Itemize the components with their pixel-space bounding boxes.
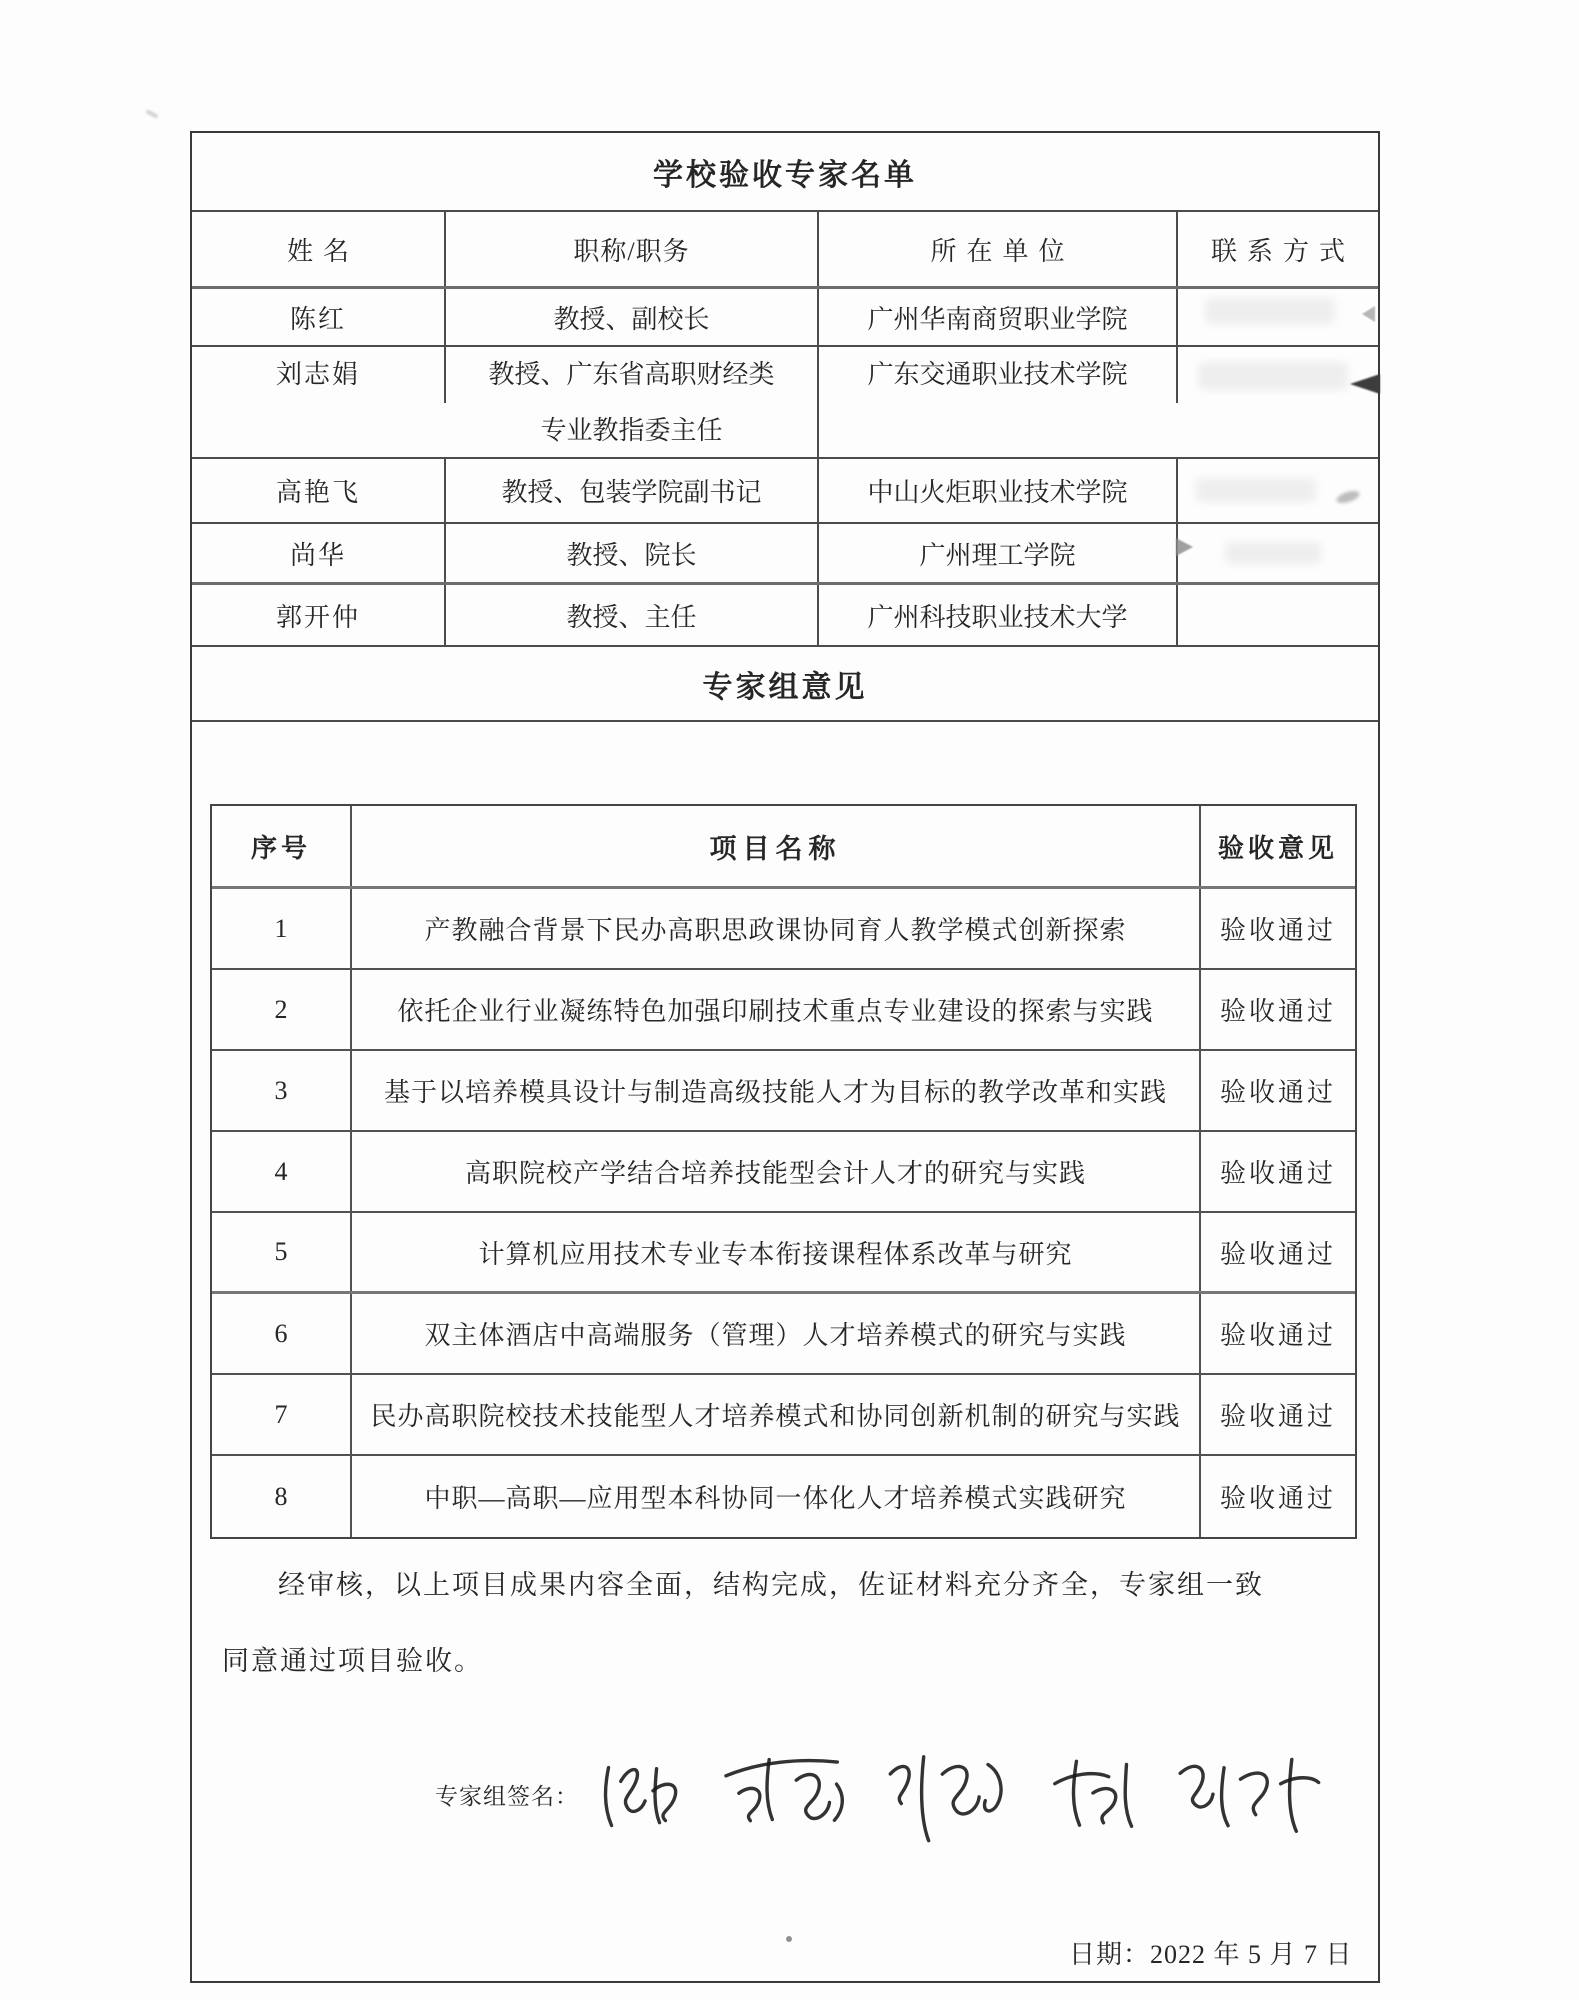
- project-name: 民办高职院校技术技能型人才培养模式和协同创新机制的研究与实践: [352, 1375, 1201, 1454]
- expert-title: 教授、院长: [446, 524, 819, 582]
- expert-contact: [1178, 585, 1378, 645]
- project-no: 1: [212, 889, 352, 968]
- project-name: 中职—高职—应用型本科协同一体化人才培养模式实践研究: [352, 1456, 1201, 1537]
- signature-shang-hua-icon: [1042, 1746, 1144, 1843]
- expert-unit: 广州理工学院: [819, 524, 1178, 582]
- project-row: 7 民办高职院校技术技能型人才培养模式和协同创新机制的研究与实践 验收通过: [212, 1375, 1355, 1456]
- expert-unit: 中山火炬职业技术学院: [819, 459, 1178, 522]
- project-opinion: 验收通过: [1201, 1213, 1355, 1291]
- project-name: 基于以培养模具设计与制造高级技能人才为目标的教学改革和实践: [352, 1051, 1201, 1130]
- expert-title: 教授、广东省高职财经类 专业教指委主任: [446, 347, 819, 459]
- project-row: 1 产教融合背景下民办高职思政课协同育人教学模式创新探索 验收通过: [212, 889, 1355, 970]
- opinion-band-row: 专家组意见: [192, 647, 1378, 722]
- expert-row: 高艳飞 教授、包装学院副书记 中山火炬职业技术学院: [192, 459, 1378, 524]
- expert-name: 郭开仲: [192, 585, 446, 645]
- col-header-unit: 所在单位: [819, 212, 1178, 286]
- project-row: 2 依托企业行业凝练特色加强印刷技术重点专业建设的探索与实践 验收通过: [212, 970, 1355, 1051]
- col-header-title: 职称/职务: [446, 212, 819, 286]
- expert-unit: 广东交通职业技术学院: [819, 347, 1178, 403]
- project-row: 3 基于以培养模具设计与制造高级技能人才为目标的教学改革和实践 验收通过: [212, 1051, 1355, 1132]
- project-row: 6 双主体酒店中高端服务（管理）人才培养模式的研究与实践 验收通过: [212, 1294, 1355, 1375]
- conclusion-line: 同意通过项目验收。: [222, 1623, 1367, 1699]
- conclusion-paragraph: 经审核，以上项目成果内容全面，结构完成，佐证材料充分齐全，专家组一致 同意通过项…: [222, 1547, 1367, 1699]
- col-header-opinion: 验收意见: [1201, 806, 1355, 886]
- col-header-project: 项目名称: [352, 806, 1201, 886]
- project-opinion: 验收通过: [1201, 1294, 1355, 1373]
- expert-unit: 广州科技职业技术大学: [819, 585, 1178, 645]
- expert-name: 陈红: [192, 289, 446, 345]
- opinion-band-title: 专家组意见: [703, 662, 868, 706]
- expert-row: 郭开仲 教授、主任 广州科技职业技术大学: [192, 585, 1378, 647]
- expert-name: 尚华: [192, 524, 446, 582]
- expert-row: 尚华 教授、院长 广州理工学院: [192, 524, 1378, 585]
- signature-guo-kaizhong-icon: [1167, 1744, 1325, 1844]
- scanned-document-page: 学校验收专家名单 姓名 职称/职务 所在单位 联系方式 陈红 教授、副校长 广州…: [0, 0, 1579, 2000]
- expert-contact: [1178, 289, 1378, 345]
- expert-title: 教授、主任: [446, 585, 819, 645]
- project-name: 双主体酒店中高端服务（管理）人才培养模式的研究与实践: [352, 1294, 1201, 1373]
- expert-title: 教授、包装学院副书记: [446, 459, 819, 522]
- handwritten-signatures: [595, 1744, 1324, 1844]
- project-table: 序号 项目名称 验收意见 1 产教融合背景下民办高职思政课协同育人教学模式创新探…: [210, 804, 1357, 1539]
- signature-row: 专家组签名：: [435, 1744, 1324, 1844]
- project-row: 8 中职—高职—应用型本科协同一体化人才培养模式实践研究 验收通过: [212, 1456, 1355, 1537]
- col-header-contact: 联系方式: [1178, 212, 1378, 286]
- project-opinion: 验收通过: [1201, 1132, 1355, 1211]
- col-header-name: 姓名: [192, 212, 446, 286]
- signature-label: 专家组签名：: [435, 1778, 579, 1811]
- col-header-no: 序号: [212, 806, 352, 886]
- project-name: 依托企业行业凝练特色加强印刷技术重点专业建设的探索与实践: [352, 970, 1201, 1049]
- project-no: 7: [212, 1375, 352, 1454]
- acceptance-form-table: 学校验收专家名单 姓名 职称/职务 所在单位 联系方式 陈红 教授、副校长 广州…: [190, 131, 1380, 1983]
- project-opinion: 验收通过: [1201, 1051, 1355, 1130]
- scan-artifact-speck: [146, 109, 158, 118]
- project-row: 4 高职院校产学结合培养技能型会计人才的研究与实践 验收通过: [212, 1132, 1355, 1213]
- expert-unit: 广州华南商贸职业学院: [819, 289, 1178, 345]
- expert-row: 陈红 教授、副校长 广州华南商贸职业学院: [192, 289, 1378, 347]
- expert-table-header-row: 姓名 职称/职务 所在单位 联系方式: [192, 212, 1378, 289]
- project-opinion: 验收通过: [1201, 970, 1355, 1049]
- project-no: 2: [212, 970, 352, 1049]
- signature-chen-hong-icon: [594, 1746, 686, 1843]
- date-line: 日期：2022 年 5 月 7 日: [1069, 1934, 1353, 1971]
- project-table-header-row: 序号 项目名称 验收意见: [212, 806, 1355, 889]
- conclusion-line: 经审核，以上项目成果内容全面，结构完成，佐证材料充分齐全，专家组一致: [222, 1547, 1367, 1623]
- form-title-row: 学校验收专家名单: [192, 133, 1378, 212]
- project-opinion: 验收通过: [1201, 1375, 1355, 1454]
- opinion-cell: 序号 项目名称 验收意见 1 产教融合背景下民办高职思政课协同育人教学模式创新探…: [192, 722, 1378, 1981]
- expert-contact: [1178, 524, 1378, 582]
- project-name: 高职院校产学结合培养技能型会计人才的研究与实践: [352, 1132, 1201, 1211]
- project-opinion: 验收通过: [1201, 1456, 1355, 1537]
- project-name: 计算机应用技术专业专本衔接课程体系改革与研究: [352, 1213, 1201, 1291]
- project-no: 5: [212, 1213, 352, 1291]
- expert-name: 高艳飞: [192, 459, 446, 522]
- expert-name: 刘志娟: [192, 347, 446, 403]
- project-no: 8: [212, 1456, 352, 1537]
- form-title: 学校验收专家名单: [653, 150, 917, 194]
- project-row: 5 计算机应用技术专业专本衔接课程体系改革与研究 验收通过: [212, 1213, 1355, 1294]
- project-no: 3: [212, 1051, 352, 1130]
- project-name: 产教融合背景下民办高职思政课协同育人教学模式创新探索: [352, 889, 1201, 968]
- project-no: 6: [212, 1294, 352, 1373]
- project-no: 4: [212, 1132, 352, 1211]
- signature-gao-yanfei-icon: [709, 1743, 854, 1845]
- expert-contact: [1178, 459, 1378, 522]
- signature-liu-zhijuan-icon: [875, 1742, 1018, 1847]
- expert-row: 刘志娟 教授、广东省高职财经类 专业教指委主任 广东交通职业技术学院: [192, 347, 1378, 459]
- project-opinion: 验收通过: [1201, 889, 1355, 968]
- expert-title: 教授、副校长: [446, 289, 819, 345]
